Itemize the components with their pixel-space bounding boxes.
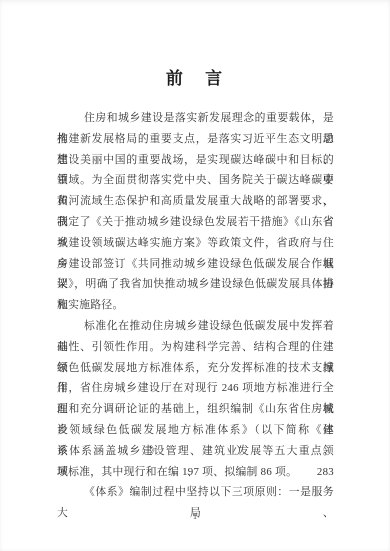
text-line: 绿色低碳发展地方标准体系，充分发挥标准的技术支撑作 — [57, 358, 334, 379]
text-line: 领域。为全面贯彻落实党中央、国务院关于碳达峰碳中和、 — [57, 170, 334, 191]
text-line: 制定了《关于推动城乡建设绿色发展若干措施》《山东省城 — [57, 212, 334, 233]
text-line: 建设美丽中国的重要战场，是实现碳达峰碳中和目标的重要 — [57, 150, 334, 171]
text-line: 用，省住房城乡建设厅在对现行 246 项地方标准进行全面梳 — [57, 378, 334, 399]
text-line: 该体系涵盖城乡建设管理、建筑业发展等五大重点领域、283 — [57, 441, 334, 462]
text-line: 础性、引领性作用。为构建科学完善、结构合理的住建领域 — [57, 337, 334, 358]
text-line: 项标准，其中现行和在编 197 项、拟编制 86 项。 — [57, 462, 334, 483]
text-line: 乡建设部签订《共同推动城乡建设绿色低碳发展合作框架协 — [57, 254, 334, 275]
text-line: 构建新发展格局的重要支点，是落实习近平生态文明思想、 — [57, 129, 334, 150]
document-page: 前 言 住房和城乡建设是落实新发展理念的重要载体，是推动 构建新发展格局的重要支… — [0, 0, 390, 551]
text-line: 和实施路径。 — [57, 295, 334, 316]
page-title: 前 言 — [0, 64, 390, 89]
text-line: 设领域绿色低碳发展地方标准体系》（以下简称《体系》）。 — [57, 420, 334, 441]
text-line: 《体系》编制过程中坚持以下三项原则：一是服务大局、 — [57, 482, 334, 503]
text-line: 议》，明确了我省加快推动城乡建设绿色低碳发展具体措施 — [57, 274, 334, 295]
page-number: 1 — [0, 512, 390, 521]
text-line: 标准化在推动住房城乡建设绿色低碳发展中发挥着基 — [57, 316, 334, 337]
text-line: 理和充分调研论证的基础上，组织编制《山东省住房城乡建 — [57, 399, 334, 420]
text-line: 住房和城乡建设是落实新发展理念的重要载体，是推动 — [57, 108, 334, 129]
body-text: 住房和城乡建设是落实新发展理念的重要载体，是推动 构建新发展格局的重要支点，是落… — [57, 108, 334, 503]
text-line: 黄河流域生态保护和高质量发展重大战略的部署要求，我省 — [57, 191, 334, 212]
text-line: 乡建设领域碳达峰实施方案》等政策文件，省政府与住房城 — [57, 233, 334, 254]
